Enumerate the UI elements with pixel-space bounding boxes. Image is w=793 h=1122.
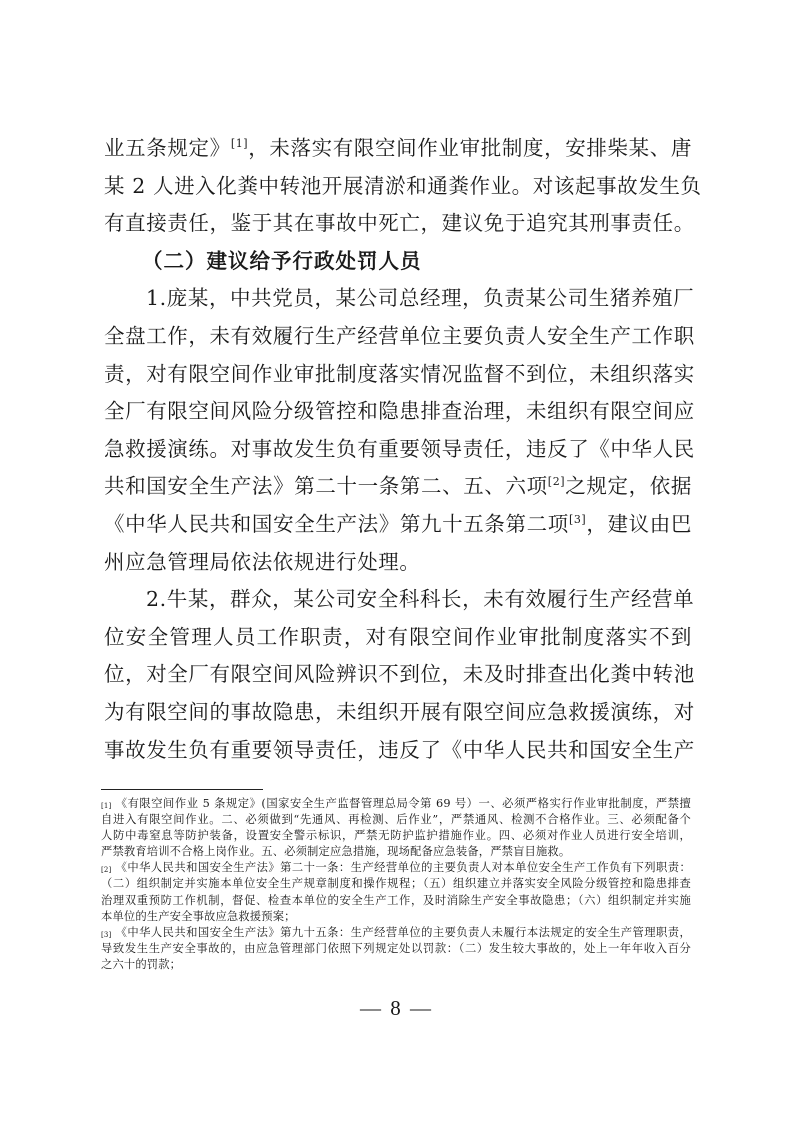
text-segment: 全盘工作，未有效履行生产经营单位主要负责人安全生产工作职 <box>104 324 695 348</box>
footnote-line: 治理双重预防工作机制，督促、检查本单位的安全生产工作，及时消除生产安全事故隐患；… <box>101 893 691 909</box>
body-line: 共和国安全生产法》第二十一条第二、五、六项[2]之规定，依据 <box>104 468 692 506</box>
body-line: 责，对有限空间作业审批制度落实情况监督不到位，未组织落实 <box>104 356 692 394</box>
text-segment: 州应急管理局依法依规进行处理。 <box>104 550 421 574</box>
footnote-text: 人防中毒窒息等防护装备，设置安全警示标识，严禁无防护监护措施作业。四、必须对作业… <box>101 829 691 842</box>
text-segment: 急救援演练。对事故发生负有重要领导责任，违反了《中华人民 <box>104 437 695 461</box>
footnote-marker: [2] <box>101 866 111 874</box>
footnote-separator <box>101 789 263 790</box>
footnote-text: 《中华人民共和国安全生产法》第九十五条：生产经营单位的主要负责人未履行本法规定的… <box>115 926 691 939</box>
text-segment: 业五条规定》 <box>104 136 231 160</box>
footnote-text: 《有限空间作业 5 条规定》(国家安全生产监督管理总局令第 69 号）一、必须严… <box>115 797 691 810</box>
footnote-text: 严禁教育培训不合格上岗作业。五、必须制定应急措施，现场配备应急装备，严禁盲目施救… <box>101 845 570 858</box>
text-segment: 位安全管理人员工作职责，对有限空间作业审批制度落实不到 <box>104 625 692 649</box>
body-line: 急救援演练。对事故发生负有重要领导责任，违反了《中华人民 <box>104 431 692 469</box>
body-line: 为有限空间的事故隐患，未组织开展有限空间应急救援演练，对 <box>104 694 692 732</box>
footnote-text: 自进入有限空间作业。二、必须做到“先通风、再检测、后作业”，严禁通风、检测不合格… <box>101 813 691 826</box>
text-segment: 1.庞某，中共党员，某公司总经理，负责某公司生猪养殖厂 <box>146 286 694 310</box>
footnote-line: 导致发生生产安全事故的，由应急管理部门依照下列规定处以罚款：（二）发生较大事故的… <box>101 941 691 957</box>
footnote-line: 自进入有限空间作业。二、必须做到“先通风、再检测、后作业”，严禁通风、检测不合格… <box>101 812 691 828</box>
footnote-text: 《中华人民共和国安全生产法》第二十一条：生产经营单位的主要负责人对本单位安全生产… <box>115 861 691 874</box>
footnote-line: 之六十的罚款； <box>101 957 691 973</box>
footnote-text: 之六十的罚款； <box>101 958 181 971</box>
text-segment: 事故发生负有重要领导责任，违反了《中华人民共和国安全生产 <box>104 738 695 762</box>
footnote-text: （二）组织制定并实施本单位安全生产规章制度和操作规程；（五）组织建立并落实安全风… <box>101 877 691 890</box>
text-segment: 全厂有限空间风险分级管控和隐患排查治理，未组织有限空间应 <box>104 399 695 423</box>
body-line: 2.牛某，群众，某公司安全科科长，未有效履行生产经营单 <box>104 581 692 619</box>
footnote-line: （二）组织制定并实施本单位安全生产规章制度和操作规程；（五）组织建立并落实安全风… <box>101 876 691 892</box>
footnote-line: [2]《中华人民共和国安全生产法》第二十一条：生产经营单位的主要负责人对本单位安… <box>101 860 691 876</box>
text-segment: ，建议由巴 <box>586 512 692 536</box>
footnote-line: 严禁教育培训不合格上岗作业。五、必须制定应急措施，现场配备应急装备，严禁盲目施救… <box>101 844 691 860</box>
body-text: 业五条规定》[1]，未落实有限空间作业审批制度，安排柴某、唐某 2 人进入化粪中… <box>104 130 692 769</box>
body-line: 州应急管理局依法依规进行处理。 <box>104 544 692 582</box>
body-line: 事故发生负有重要领导责任，违反了《中华人民共和国安全生产 <box>104 732 692 770</box>
footnote-text: 治理双重预防工作机制，督促、检查本单位的安全生产工作，及时消除生产安全事故隐患；… <box>101 894 691 907</box>
footnote-reference[interactable]: [2] <box>548 475 565 488</box>
footnotes: [1]《有限空间作业 5 条规定》(国家安全生产监督管理总局令第 69 号）一、… <box>101 796 691 973</box>
body-line: 1.庞某，中共党员，某公司总经理，负责某公司生猪养殖厂 <box>104 280 692 318</box>
footnote-marker: [3] <box>101 931 111 939</box>
text-segment: 为有限空间的事故隐患，未组织开展有限空间应急救援演练，对 <box>104 700 695 724</box>
body-line: 全厂有限空间风险分级管控和隐患排查治理，未组织有限空间应 <box>104 393 692 431</box>
footnote-text: 导致发生生产安全事故的，由应急管理部门依照下列规定处以罚款：（二）发生较大事故的… <box>101 942 691 955</box>
text-segment: 之规定，依据 <box>565 474 692 498</box>
body-line: 某 2 人进入化粪中转池开展清淤和通粪作业。对该起事故发生负 <box>104 168 692 206</box>
text-segment: ，未落实有限空间作业审批制度，安排柴某、唐 <box>248 136 692 160</box>
text-segment: 有直接责任，鉴于其在事故中死亡，建议免于追究其刑事责任。 <box>104 211 695 235</box>
footnote-line: [3]《中华人民共和国安全生产法》第九十五条：生产经营单位的主要负责人未履行本法… <box>101 925 691 941</box>
text-segment: 《中华人民共和国安全生产法》第九十五条第二项 <box>104 512 569 536</box>
body-line: 全盘工作，未有效履行生产经营单位主要负责人安全生产工作职 <box>104 318 692 356</box>
document-page: 业五条规定》[1]，未落实有限空间作业审批制度，安排柴某、唐某 2 人进入化粪中… <box>0 0 793 1122</box>
footnote-reference[interactable]: [1] <box>231 137 248 150</box>
footnote-line: 本单位的生产安全事故应急救援预案； <box>101 909 691 925</box>
body-line: 《中华人民共和国安全生产法》第九十五条第二项[3]，建议由巴 <box>104 506 692 544</box>
page-number: — 8 — <box>0 996 793 1021</box>
body-line: 业五条规定》[1]，未落实有限空间作业审批制度，安排柴某、唐 <box>104 130 692 168</box>
body-line: 位，对全厂有限空间风险辨识不到位，未及时排查出化粪中转池 <box>104 656 692 694</box>
section-heading: （二）建议给予行政处罚人员 <box>104 243 692 281</box>
text-segment: 2.牛某，群众，某公司安全科科长，未有效履行生产经营单 <box>146 587 694 611</box>
text-segment: 共和国安全生产法》第二十一条第二、五、六项 <box>104 474 548 498</box>
footnote-text: 本单位的生产安全事故应急救援预案； <box>101 910 296 923</box>
text-segment: 位，对全厂有限空间风险辨识不到位，未及时排查出化粪中转池 <box>104 662 695 686</box>
body-line: 有直接责任，鉴于其在事故中死亡，建议免于追究其刑事责任。 <box>104 205 692 243</box>
footnote-line: 人防中毒窒息等防护装备，设置安全警示标识，严禁无防护监护措施作业。四、必须对作业… <box>101 828 691 844</box>
body-line: 位安全管理人员工作职责，对有限空间作业审批制度落实不到 <box>104 619 692 657</box>
text-segment: 某 2 人进入化粪中转池开展清淤和通粪作业。对该起事故发生负 <box>104 174 702 198</box>
text-segment: 责，对有限空间作业审批制度落实情况监督不到位，未组织落实 <box>104 362 695 386</box>
footnote-marker: [1] <box>101 802 111 810</box>
footnote-line: [1]《有限空间作业 5 条规定》(国家安全生产监督管理总局令第 69 号）一、… <box>101 796 691 812</box>
footnote-reference[interactable]: [3] <box>569 513 586 526</box>
text-segment: （二）建议给予行政处罚人员 <box>142 249 422 273</box>
